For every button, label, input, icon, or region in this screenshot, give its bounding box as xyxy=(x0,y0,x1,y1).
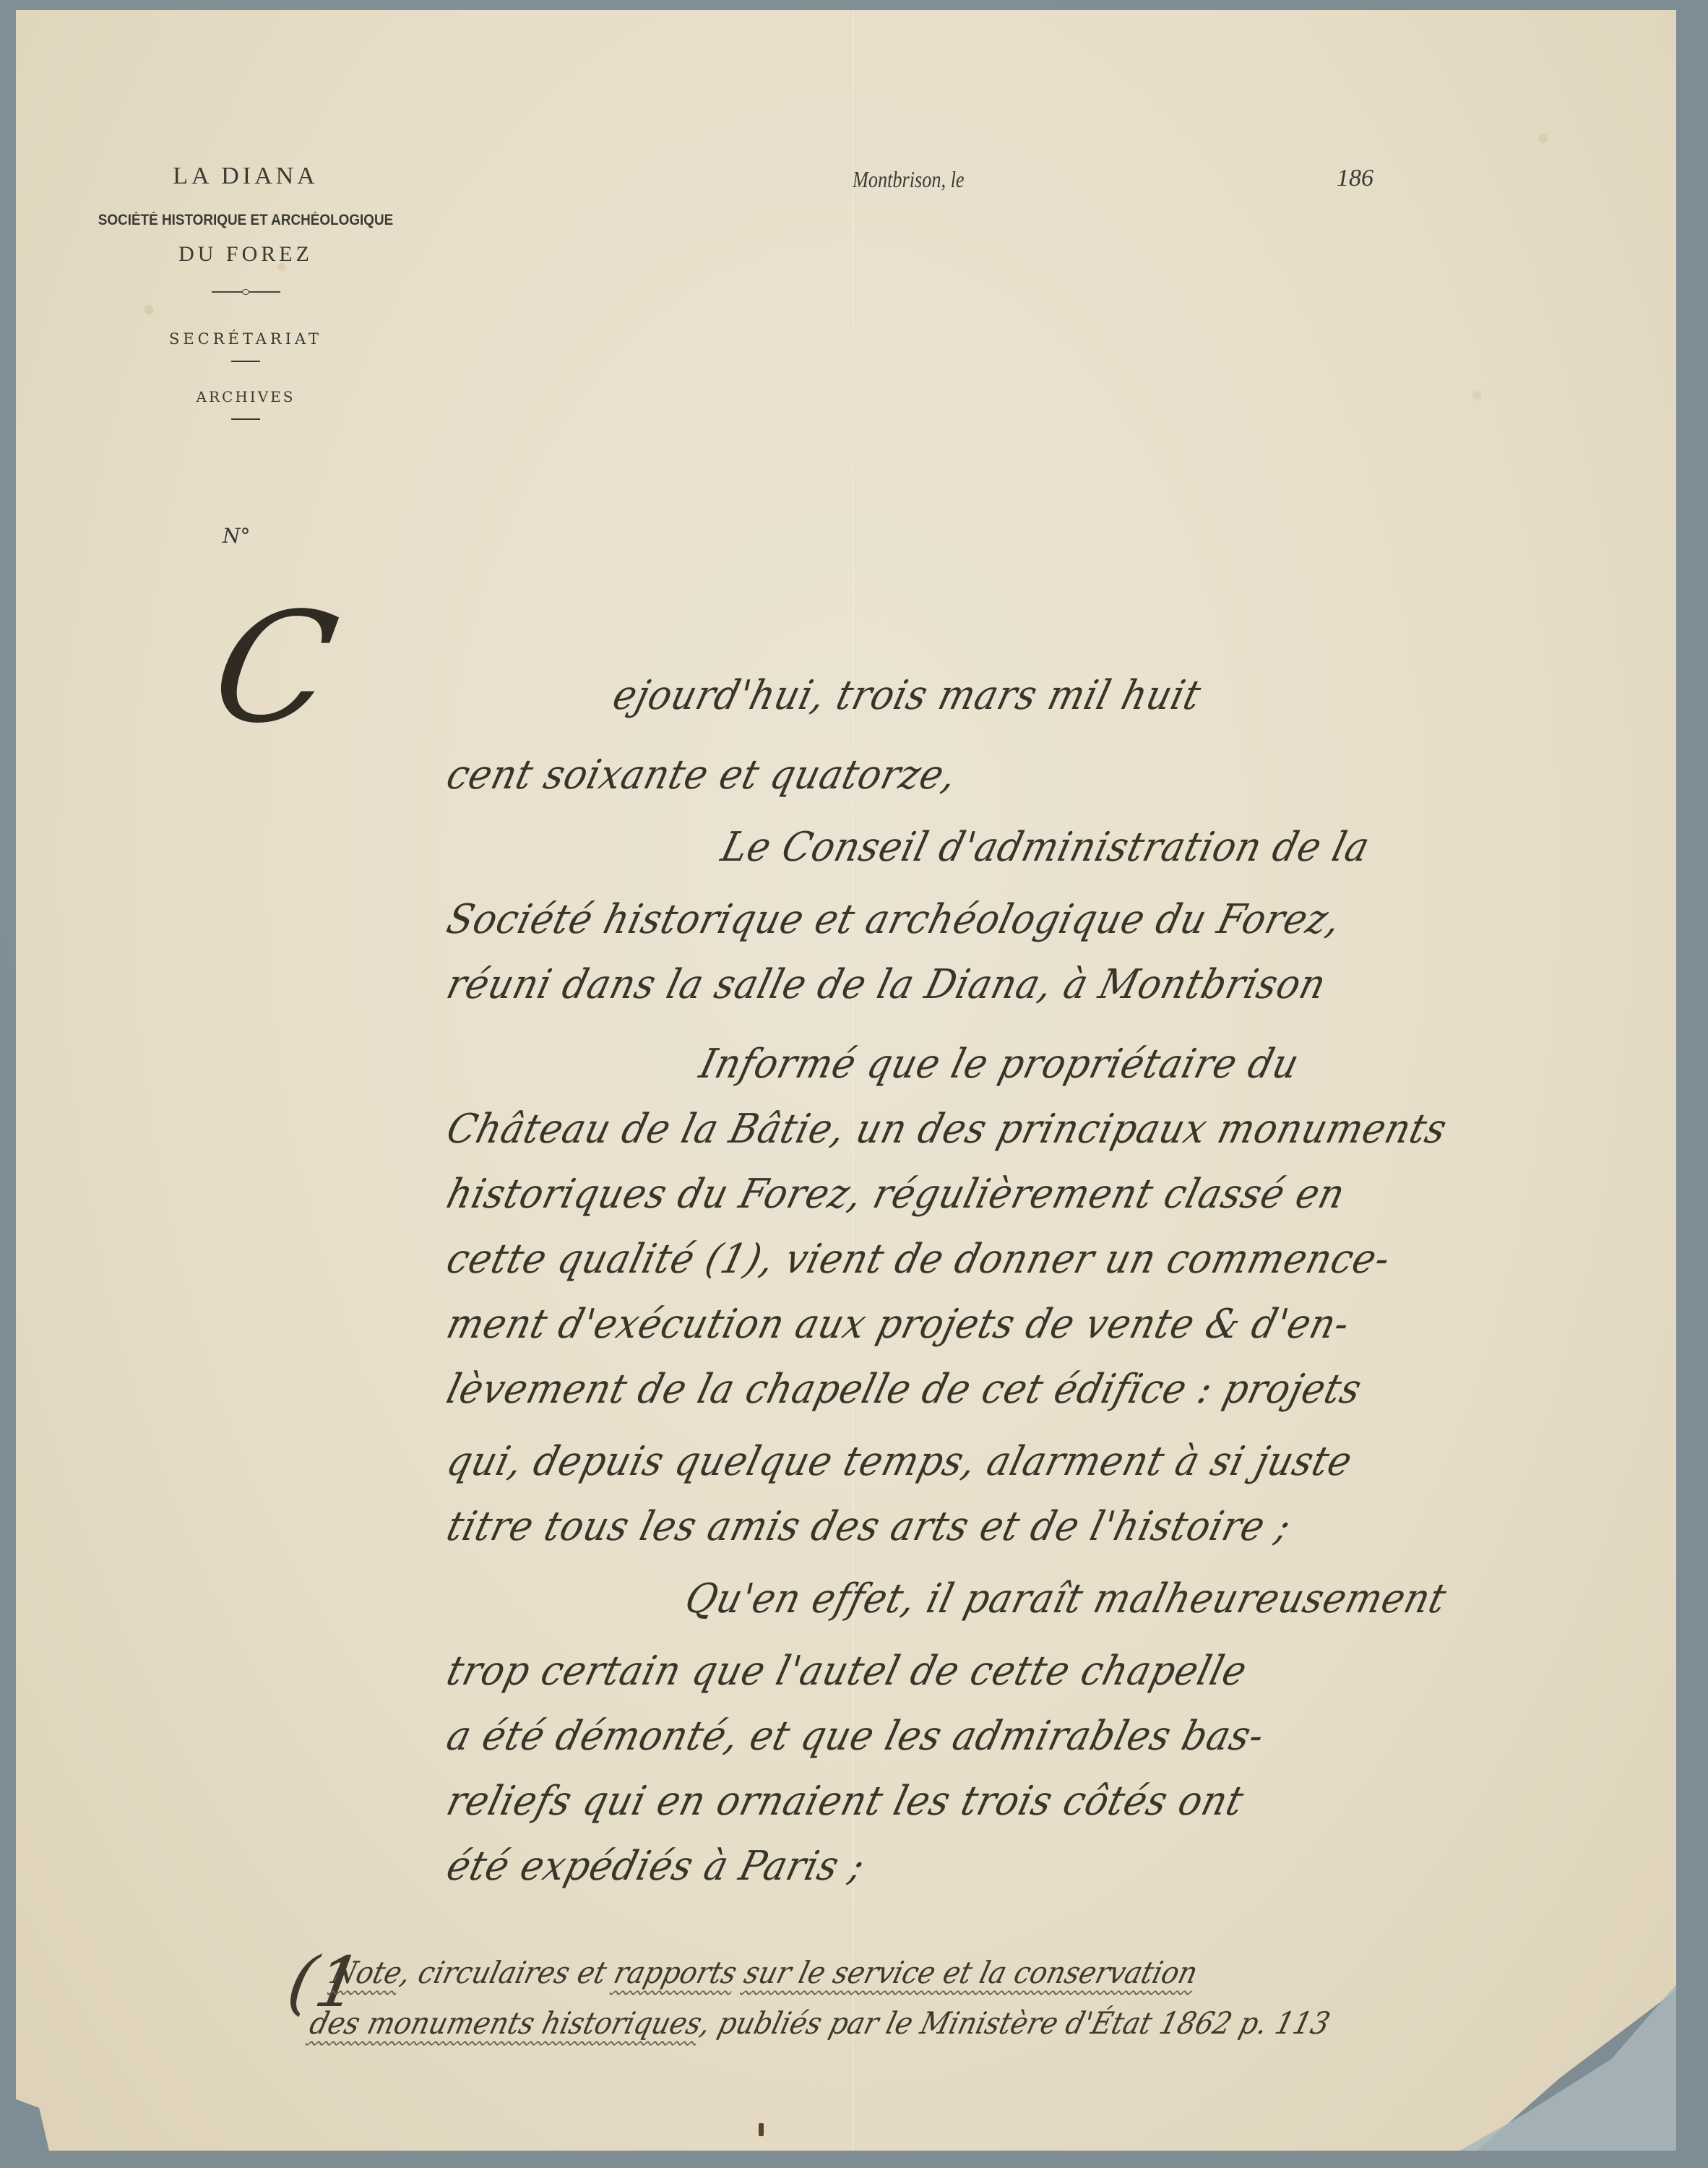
body-line: ejourd'hui, trois mars mil huit xyxy=(608,672,1206,719)
body-line: trop certain que l'autel de cette chapel… xyxy=(442,1648,1252,1695)
letterhead-region: DU FOREZ xyxy=(65,242,426,267)
body-line: a été démonté, et que les admirables bas… xyxy=(442,1713,1269,1760)
letterhead: LA DIANA SOCIÉTÉ HISTORIQUE ET ARCHÉOLOG… xyxy=(65,163,426,420)
body-line: Le Conseil d'administration de la xyxy=(717,824,1375,871)
body-line: cette qualité (1), vient de donner un co… xyxy=(442,1236,1395,1283)
body-line: Société historique et archéologique du F… xyxy=(442,896,1346,943)
letterhead-society: SOCIÉTÉ HISTORIQUE ET ARCHÉOLOGIQUE xyxy=(83,212,408,229)
footnote-text: rapports xyxy=(611,1955,741,1990)
letterhead-department: SECRÉTARIAT xyxy=(65,330,426,348)
footnote-text: Note xyxy=(328,1955,406,1990)
ink-mark xyxy=(759,2123,764,2136)
body-line: qui, depuis quelque temps, alarment à si… xyxy=(442,1438,1358,1485)
body-line: historiques du Forez, régulièrement clas… xyxy=(442,1171,1350,1218)
ornament-divider-icon xyxy=(212,288,280,296)
body-line: Qu'en effet, il paraît malheureusement xyxy=(681,1575,1452,1622)
body-line: réuni dans la salle de la Diana, à Montb… xyxy=(442,961,1331,1008)
letterhead-title: LA DIANA xyxy=(65,163,426,190)
letterhead-number-label: N° xyxy=(223,524,251,548)
body-line: ment d'exécution aux projets de vente & … xyxy=(442,1301,1355,1348)
body-line: Château de la Bâtie, un des principaux m… xyxy=(442,1106,1452,1153)
body-line: Informé que le propriétaire du xyxy=(695,1041,1304,1088)
footnote-text: , publiés par le Ministère d'État 1862 p… xyxy=(696,2005,1333,2041)
footnote-line-2: des monuments historiques, publiés par l… xyxy=(306,2005,1334,2041)
footnote-text: sur le service et la conservation xyxy=(741,1955,1202,1990)
letterhead-section: ARCHIVES xyxy=(65,388,426,405)
body-line: été expédiés à Paris ; xyxy=(442,1843,870,1890)
body-line: lèvement de la chapelle de cet édifice :… xyxy=(442,1366,1366,1413)
footnote-line-1: Note, circulaires et rapports sur le ser… xyxy=(328,1955,1202,1990)
footnote-text: , circulaires et xyxy=(397,1955,619,1990)
rule-divider xyxy=(231,361,260,362)
dateline-year: 186 xyxy=(1337,165,1373,192)
body-line: cent soixante et quatorze, xyxy=(442,752,962,799)
rule-divider xyxy=(231,418,260,420)
footnote-text: des monuments historiques xyxy=(306,2005,706,2041)
dateline-place: Montbrison, le xyxy=(853,166,965,193)
body-line: titre tous les amis des arts et de l'his… xyxy=(442,1503,1296,1550)
body-line: reliefs qui en ornaient les trois côtés … xyxy=(442,1778,1248,1825)
